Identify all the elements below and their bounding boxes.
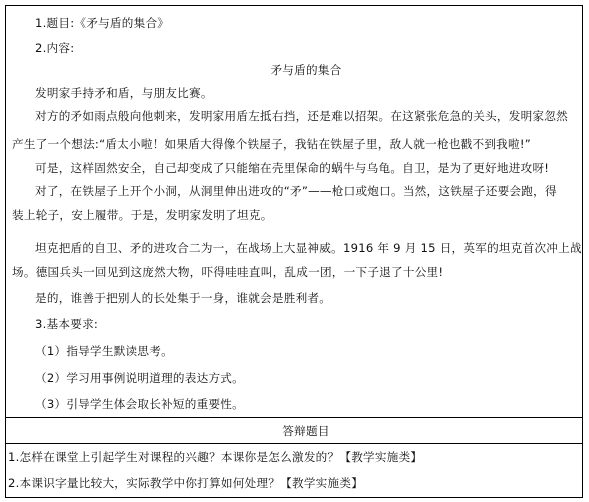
content-heading: 2.内容: <box>35 41 74 55</box>
defense-question: 2.本课识字量比较大，实际教学中你打算如何处理？【教学实施类】 <box>8 476 363 490</box>
story-line: 发明家手持矛和盾，与朋友比赛。 <box>35 86 213 100</box>
story-line: 场。德国兵头一回见到这庞然大物，吓得哇哇直叫，乱成一团，一下子退了十公里! <box>12 265 443 279</box>
defense-header: 答辩题目 <box>6 424 589 438</box>
document-table: 1.题目:《矛与盾的集合》 2.内容: 矛与盾的集合 发明家手持矛和盾，与朋友比… <box>5 5 583 498</box>
requirement-item: （1）指导学生默读思考。 <box>35 344 173 358</box>
story-line: 可是，这样固然安全，自己却变成了只能缩在壳里保命的蜗牛与乌龟。自卫，是为了更好地… <box>35 161 549 175</box>
row-divider <box>6 417 582 418</box>
row-divider <box>6 443 582 444</box>
story-line: 产生了一个想法:“盾太小啦！如果盾大得像个铁屋子，我钻在铁屋子里，敌人就一枪也戳… <box>12 137 531 151</box>
story-line: 装上轮子，安上履带。于是，发明家发明了坦克。 <box>12 208 273 222</box>
story-line: 是的，谁善于把别人的长处集于一身，谁就会是胜利者。 <box>35 291 331 305</box>
requirement-item: （3）引导学生体会取长补短的重要性。 <box>35 397 244 411</box>
requirement-item: （2）学习用事例说明道理的表达方式。 <box>35 371 244 385</box>
story-title: 矛与盾的集合 <box>6 63 589 77</box>
story-line: 对方的矛如雨点般向他刺来，发明家用盾左抵右挡，还是难以招架。在这紧张危急的关头，… <box>35 109 568 123</box>
defense-question: 1.怎样在课堂上引起学生对课程的兴趣？本课你是怎么激发的？【教学实施类】 <box>8 450 422 464</box>
story-line: 坦克把盾的自卫、矛的进攻合二为一，在战场上大显神威。1916 年 9 月 15 … <box>35 241 582 255</box>
requirements-heading: 3.基本要求: <box>35 317 98 331</box>
story-line: 对了，在铁屋子上开个小洞，从洞里伸出进攻的“矛”——枪口或炮口。当然，这铁屋子还… <box>35 184 557 198</box>
topic-heading: 1.题目:《矛与盾的集合》 <box>35 16 169 30</box>
